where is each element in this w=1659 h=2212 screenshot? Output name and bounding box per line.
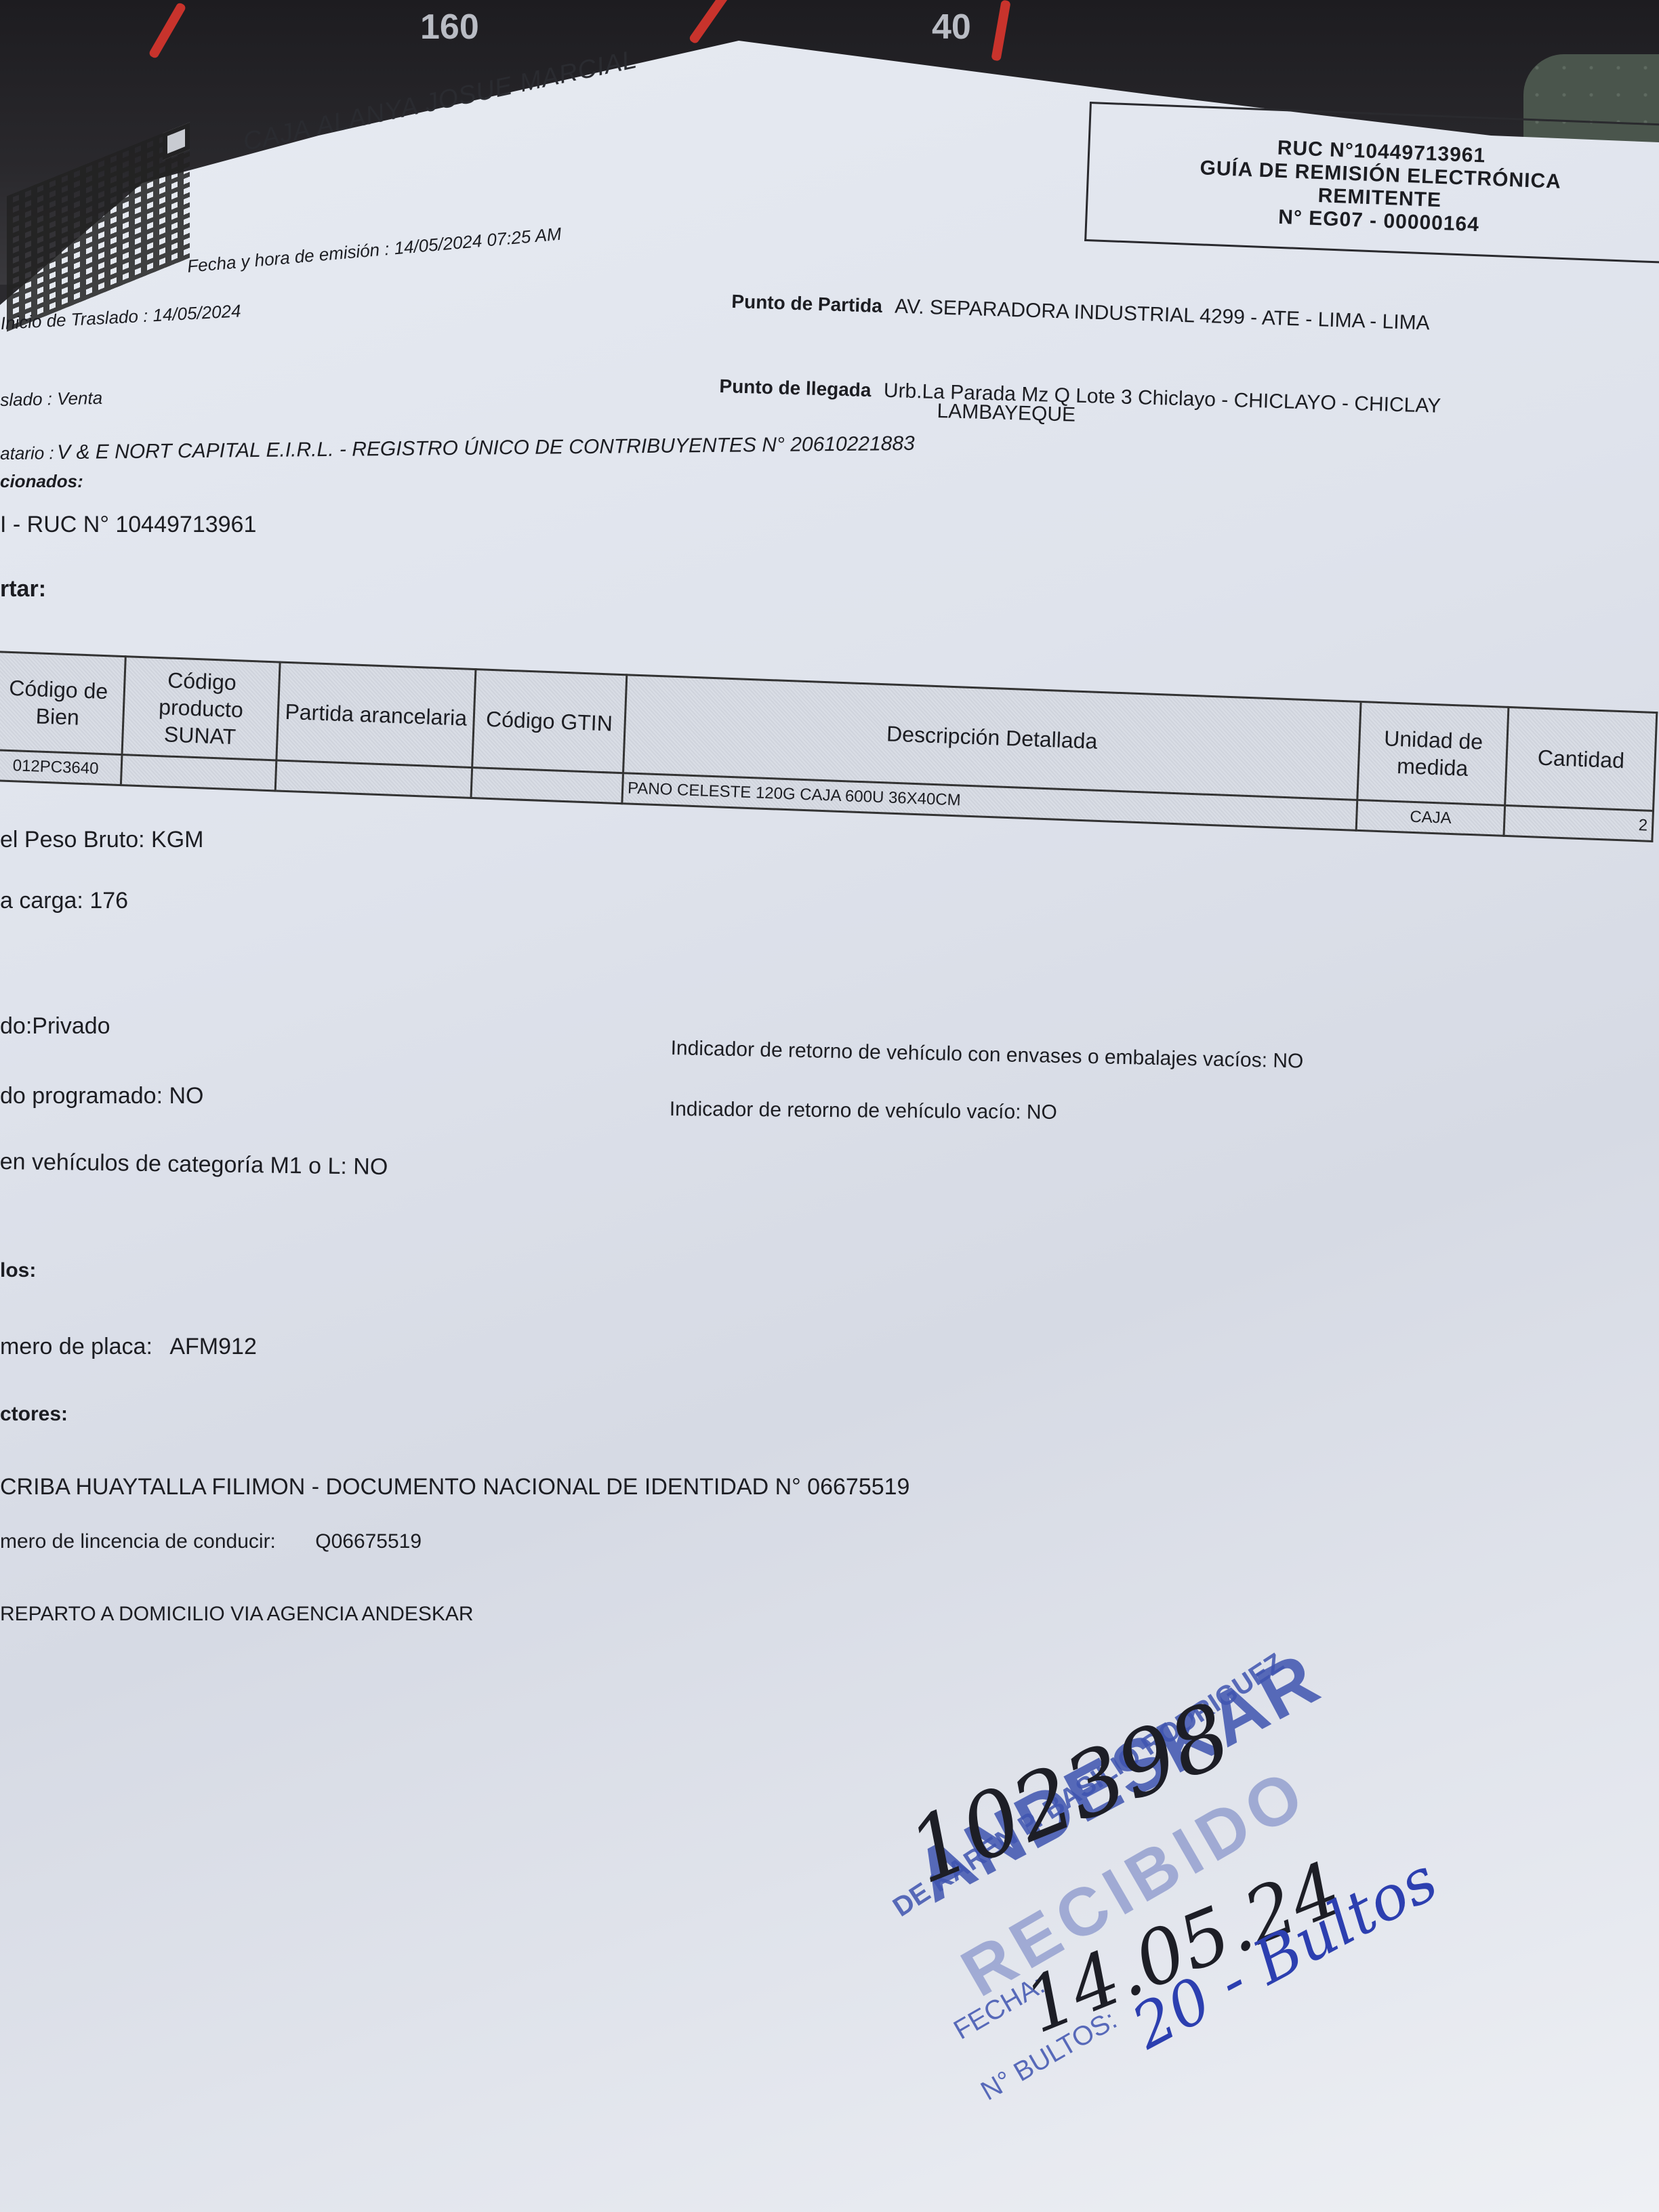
col-gtin: Código GTIN	[472, 670, 627, 773]
cell-partida	[275, 760, 472, 798]
return-empty: Indicador de retorno de vehículo vacío: …	[670, 1098, 1057, 1124]
destination-label: Punto de llegada	[719, 375, 872, 401]
col-cantidad: Cantidad	[1505, 708, 1657, 811]
license-value: Q06675519	[315, 1530, 422, 1553]
transfer-reason-label: slado :	[0, 388, 52, 410]
plate-label: mero de placa:	[0, 1334, 152, 1359]
gauge-needle-icon	[688, 0, 731, 45]
drivers-label: ctores:	[0, 1403, 68, 1426]
driver-license: mero de lincencia de conducir: Q06675519	[0, 1530, 422, 1553]
vehicles-label: los:	[0, 1259, 36, 1282]
col-partida: Partida arancelaria	[276, 662, 475, 767]
cell-codigo-bien: 012PC3640	[0, 750, 122, 785]
col-codigo-sunat: Código producto SUNAT	[122, 657, 281, 760]
col-codigo-bien: Código de Bien	[0, 652, 125, 755]
license-label: mero de lincencia de conducir:	[0, 1530, 276, 1553]
gauge-needle-icon	[991, 0, 1010, 62]
cell-codigo-sunat	[121, 755, 276, 791]
weight-unit: el Peso Bruto: KGM	[0, 827, 203, 853]
transfer-start-value: 14/05/2024	[152, 300, 242, 325]
recipient-label: atario :	[0, 443, 54, 464]
gauge-label-160: 160	[420, 7, 479, 47]
related-docs-label: cionados:	[0, 471, 83, 492]
transport-mode: do:Privado	[0, 1013, 110, 1040]
cell-cantidad: 2	[1504, 805, 1653, 841]
cell-gtin	[471, 767, 623, 803]
cell-unidad: CAJA	[1356, 800, 1505, 836]
gross-weight-value: 176	[89, 888, 128, 914]
gross-weight-label: a carga:	[0, 888, 83, 914]
scheduled-transfer: do programado: NO	[0, 1083, 204, 1109]
driver-name: CRIBA HUAYTALLA FILIMON - DOCUMENTO NACI…	[0, 1474, 909, 1500]
col-unidad: Unidad de medida	[1357, 701, 1509, 805]
related-docs-value: I - RUC N° 10449713961	[0, 512, 256, 538]
goods-label: rtar:	[0, 576, 46, 602]
plate: mero de placa: AFM912	[0, 1334, 257, 1360]
transfer-reason: slado : Venta	[0, 388, 102, 411]
ruc-box: RUC N°10449713961 GUÍA DE REMISIÓN ELECT…	[1084, 102, 1659, 264]
weight-unit-value: KGM	[151, 827, 203, 853]
gauge-label-40: 40	[932, 7, 971, 47]
m1-category: en vehículos de categoría M1 o L: NO	[0, 1149, 388, 1181]
gauge-needle-icon	[148, 2, 186, 60]
plate-value: AFM912	[169, 1334, 257, 1359]
observations: REPARTO A DOMICILIO VIA AGENCIA ANDESKAR	[0, 1603, 474, 1626]
gross-weight: a carga: 176	[0, 888, 128, 914]
transfer-reason-value: Venta	[57, 388, 103, 409]
weight-unit-label: el Peso Bruto:	[0, 827, 145, 853]
origin-label: Punto de Partida	[731, 291, 882, 316]
